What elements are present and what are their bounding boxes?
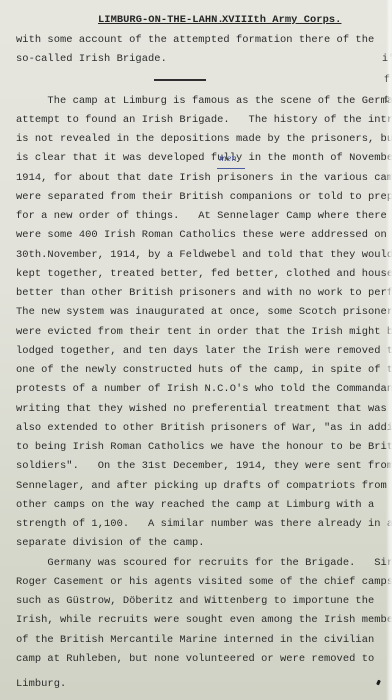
body-line: of the British Mercantile Marine interne… — [16, 634, 374, 646]
body-line: protests of a number of Irish N.C.O's wh… — [16, 383, 392, 395]
subtitle-line: so-called Irish Brigade. — [16, 53, 167, 65]
handwritten-insertion: men — [219, 155, 236, 163]
section-divider — [154, 79, 206, 81]
ink-mark — [376, 680, 381, 686]
document-page: LIMBURG-ON-THE-LAHN. XVIIIth Army Corps.… — [0, 0, 392, 700]
body-line: 1914, for about that date Irish prisoner… — [16, 172, 392, 184]
body-line: one of the newly constructed huts of the… — [16, 364, 392, 376]
body-line: Limburg. — [16, 678, 66, 690]
body-line: lodged together, and ten days later the … — [16, 345, 392, 357]
body-line: better than other British prisoners and … — [16, 287, 392, 299]
body-line: is clear that it was developed fully in … — [16, 152, 392, 164]
body-line: kept together, treated better, fed bette… — [16, 268, 392, 280]
body-line: camp at Ruhleben, but none volunteered o… — [16, 653, 374, 665]
document-title-corps: XVIIIth Army Corps. — [222, 14, 341, 26]
body-line: such as Güstrow, Döberitz and Wittenberg… — [16, 595, 374, 607]
body-line: for a new order of things. At Sennelager… — [16, 210, 387, 222]
body-line: writing that they wished no preferential… — [16, 403, 392, 415]
strikethrough-mark — [217, 168, 245, 169]
body-line: to being Irish Roman Catholics we have t… — [16, 441, 392, 453]
body-line: soldiers". On the 31st December, 1914, t… — [16, 460, 392, 472]
body-line: Sennelager, and after picking up drafts … — [16, 480, 387, 492]
body-line: were separated from their British compan… — [16, 191, 392, 203]
body-line: is not revealed in the depositions made … — [16, 133, 392, 145]
body-line: Germany was scoured for recruits for the… — [16, 557, 392, 569]
body-line: also extended to other British prisoners… — [16, 422, 392, 434]
body-line: separate division of the camp. — [16, 537, 205, 549]
body-line: 30th.November, 1914, by a Feldwebel and … — [16, 249, 392, 261]
body-line: were evicted from their tent in order th… — [16, 326, 392, 338]
body-line: strength of 1,100. A similar number was … — [16, 518, 392, 530]
page-edge — [386, 0, 392, 700]
body-line: The camp at Limburg is famous as the sce… — [16, 95, 392, 107]
body-line: attempt to found an Irish Brigade. The h… — [16, 114, 392, 126]
subtitle-line: with some account of the attempted forma… — [16, 34, 374, 46]
document-title-place: LIMBURG-ON-THE-LAHN. — [98, 14, 224, 26]
body-line: The new system was inaugurated at once, … — [16, 306, 392, 318]
body-line: were some 400 Irish Roman Catholics thes… — [16, 229, 392, 241]
body-line: Irish, while recruits were sought even a… — [16, 614, 392, 626]
body-line: Roger Casement or his agents visited som… — [16, 576, 392, 588]
body-line: other camps on the way reached the camp … — [16, 499, 374, 511]
